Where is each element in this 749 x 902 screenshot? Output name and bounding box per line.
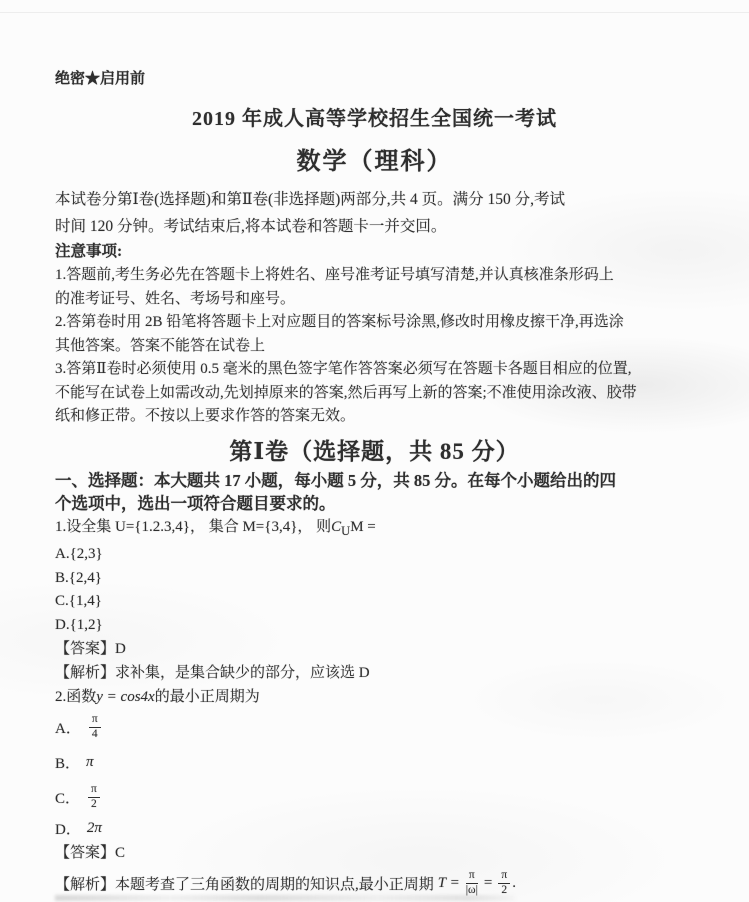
analysis-label: 【解析】 bbox=[55, 873, 115, 894]
option-a: A.{2,3} bbox=[55, 543, 694, 567]
subject-title: 数学（理科） bbox=[55, 147, 694, 177]
question-2-stem-prefix: 2.函数 bbox=[55, 689, 96, 705]
classification-label: 绝密★启用前 bbox=[55, 69, 694, 89]
period-symbol-t: T = bbox=[438, 875, 460, 892]
option-a: A． π4 bbox=[55, 709, 694, 745]
option-a-label: A． bbox=[55, 717, 81, 738]
question-1-stem-text: 1.设全集 U={1.2.3,4}， 集合 M={3,4}， 则 bbox=[55, 519, 331, 535]
analysis-label: 【解析】 bbox=[55, 665, 115, 681]
complement-subscript: U bbox=[341, 524, 350, 538]
question-1: 1.设全集 U={1.2.3,4}， 集合 M={3,4}， 则CUM = A.… bbox=[55, 516, 694, 686]
notice-line: 3.答第Ⅱ卷时必须使用 0.5 毫米的黑色签字笔作答答案必须写在答题卡各题目相应… bbox=[55, 358, 694, 382]
fraction-pi-over-2: π2 bbox=[88, 783, 100, 811]
notice-line: 不能写在试卷上如需改动,先划掉原来的答案,然后再写上新的答案;不准使用涂改液、胶… bbox=[55, 382, 694, 406]
option-d-value: 2π bbox=[87, 820, 102, 837]
preamble-line: 本试卷分第Ⅰ卷(选择题)和第Ⅱ卷(非选择题)两部分,共 4 页。满分 150 分… bbox=[55, 186, 694, 213]
fraction-numerator: π bbox=[89, 713, 101, 728]
option-d-label: D． bbox=[55, 818, 81, 839]
question-1-stem-tail: M = bbox=[350, 519, 376, 535]
option-b: B． π bbox=[55, 745, 694, 779]
notice-title: 注意事项: bbox=[55, 240, 694, 264]
answer-line: 【答案】D bbox=[55, 637, 694, 661]
option-c-label: C． bbox=[55, 787, 80, 808]
option-d: D.{1,2} bbox=[55, 614, 694, 638]
option-b: B.{2,4} bbox=[55, 567, 694, 591]
question-2: 2.函数y = cos4x的最小正周期为 A． π4 B． π C． π2 D．… bbox=[55, 685, 694, 901]
question-2-stem-math: y = cos4x bbox=[96, 689, 154, 705]
option-c: C.{1,4} bbox=[55, 590, 694, 614]
fraction-denominator: 2 bbox=[91, 798, 97, 812]
fraction-pi-over-4: π4 bbox=[89, 713, 101, 741]
page-content: 绝密★启用前 2019 年成人高等学校招生全国统一考试 数学（理科） 本试卷分第… bbox=[0, 69, 749, 901]
notice-line: 的准考证号、姓名、考场号和座号。 bbox=[55, 288, 694, 312]
analysis-text: 本题考查了三角函数的周期的知识点,最小正周期 bbox=[115, 873, 434, 894]
section-instructions: 一、选择题：本大题共 17 小题，每小题 5 分，共 85 分。在每个小题给出的… bbox=[55, 469, 694, 516]
option-b-value: π bbox=[86, 754, 94, 771]
option-c: C． π2 bbox=[55, 779, 694, 815]
trailing-period: . bbox=[512, 875, 516, 892]
option-b-label: B． bbox=[55, 752, 80, 773]
fraction-numerator: π bbox=[88, 783, 100, 798]
question-2-stem-suffix: 的最小正周期为 bbox=[155, 689, 260, 705]
cut-off-next-line-smudge bbox=[55, 895, 515, 901]
fraction-pi-over-2: π2 bbox=[498, 869, 510, 897]
question-2-stem: 2.函数y = cos4x的最小正周期为 bbox=[55, 685, 694, 709]
preamble: 本试卷分第Ⅰ卷(选择题)和第Ⅱ卷(非选择题)两部分,共 4 页。满分 150 分… bbox=[55, 186, 694, 240]
analysis-line: 【解析】求补集，是集合缺少的部分，应该选 D bbox=[55, 661, 694, 685]
section-instructions-line: 一、选择题：本大题共 17 小题，每小题 5 分，共 85 分。在每个小题给出的… bbox=[55, 469, 694, 493]
exam-title: 2019 年成人高等学校招生全国统一考试 bbox=[55, 105, 694, 133]
preamble-line: 时间 120 分钟。考试结束后,将本试卷和答题卡一并交回。 bbox=[55, 213, 694, 240]
notice-item: 3.答第Ⅱ卷时必须使用 0.5 毫米的黑色签字笔作答答案必须写在答题卡各题目相应… bbox=[55, 358, 694, 429]
notice-item: 2.答第卷时用 2B 铅笔将答题卡上对应题目的答案标号涂黑,修改时用橡皮擦干净,… bbox=[55, 311, 694, 358]
question-1-stem: 1.设全集 U={1.2.3,4}， 集合 M={3,4}， 则CUM = bbox=[55, 516, 694, 544]
section-instructions-line: 个选项中，选出一项符合题目要求的。 bbox=[55, 492, 694, 516]
option-d: D． 2π bbox=[55, 815, 694, 841]
answer-label: 【答案】 bbox=[55, 845, 115, 861]
fraction-denominator: 4 bbox=[92, 728, 98, 742]
analysis-text: 求补集，是集合缺少的部分，应该选 D bbox=[115, 665, 370, 681]
notice-item: 1.答题前,考生务必先在答题卡上将姓名、座号准考证号填写清楚,并认真核准条形码上… bbox=[55, 264, 694, 311]
exam-paper-page: 绝密★启用前 2019 年成人高等学校招生全国统一考试 数学（理科） 本试卷分第… bbox=[0, 0, 749, 902]
section-heading: 第Ⅰ卷（选择题，共 85 分） bbox=[55, 437, 694, 467]
fraction-numerator: π bbox=[498, 869, 510, 884]
notice-line: 1.答题前,考生务必先在答题卡上将姓名、座号准考证号填写清楚,并认真核准条形码上 bbox=[55, 264, 694, 288]
fraction-pi-over-omega: π|ω| bbox=[466, 869, 478, 897]
scan-top-line bbox=[0, 12, 749, 13]
notice-line: 其他答案。答案不能答在试卷上 bbox=[55, 335, 694, 359]
answer-value: C bbox=[115, 845, 125, 861]
notice-line: 纸和修正带。不按以上要求作答的答案无效。 bbox=[55, 405, 694, 429]
equals-sign: = bbox=[484, 875, 492, 892]
answer-value: D bbox=[115, 641, 126, 657]
notice-line: 2.答第卷时用 2B 铅笔将答题卡上对应题目的答案标号涂黑,修改时用橡皮擦干净,… bbox=[55, 311, 694, 335]
complement-symbol: C bbox=[331, 519, 341, 535]
fraction-numerator: π bbox=[466, 869, 478, 884]
answer-line: 【答案】C bbox=[55, 841, 694, 865]
answer-label: 【答案】 bbox=[55, 641, 115, 657]
